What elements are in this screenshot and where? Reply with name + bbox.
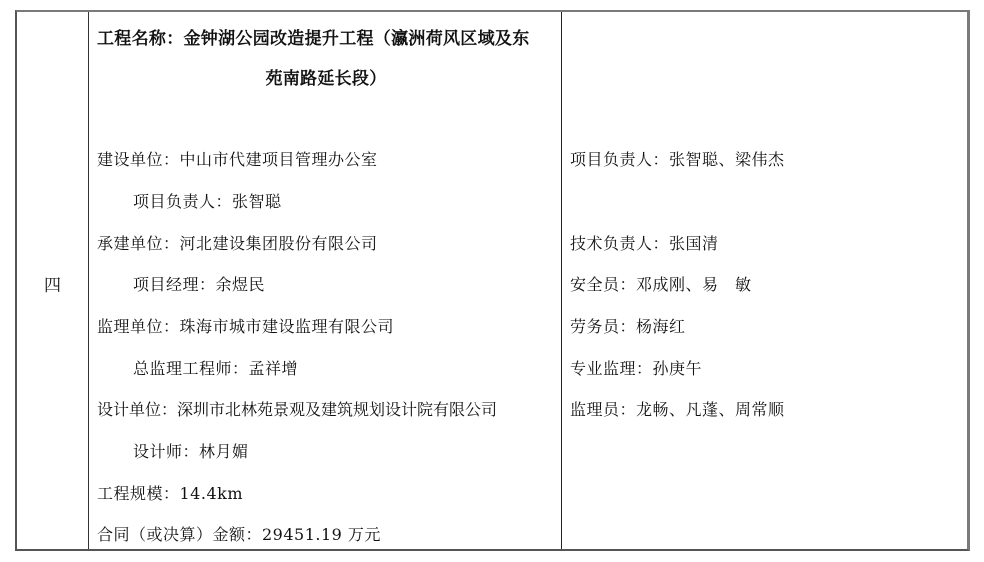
builder-lead: 项目负责人：张智聪 — [133, 189, 282, 212]
labor-officer: 劳务员：杨海红 — [570, 314, 686, 337]
supervisors: 监理员：龙畅、凡蓬、周常顺 — [570, 397, 785, 420]
project-leads: 项目负责人：张智聪、梁伟杰 — [570, 147, 785, 170]
builder-unit: 建设单位：中山市代建项目管理办公室 — [97, 147, 378, 170]
project-title-line-1: 工程名称：金钟湖公园改造提升工程（瀛洲荷风区域及东 — [97, 24, 555, 49]
project-scale: 工程规模：14.4km — [97, 481, 243, 504]
row-index: 四 — [17, 271, 88, 296]
safety-officers: 安全员：邓成刚、易 敏 — [570, 272, 752, 295]
designer: 设计师：林月媚 — [133, 439, 249, 462]
supervision-unit: 监理单位：珠海市城市建设监理有限公司 — [97, 314, 394, 337]
design-unit: 设计单位：深圳市北林苑景观及建筑规划设计院有限公司 — [97, 397, 497, 420]
index-cell: 四 — [17, 12, 89, 549]
project-info-table: 四 工程名称：金钟湖公园改造提升工程（瀛洲荷风区域及东 苑南路延长段） 建设单位… — [15, 10, 970, 551]
main-info-cell: 工程名称：金钟湖公园改造提升工程（瀛洲荷风区域及东 苑南路延长段） 建设单位：中… — [89, 12, 562, 549]
tech-lead: 技术负责人：张国清 — [570, 231, 719, 254]
specialist-supervisor: 专业监理：孙庚午 — [570, 356, 702, 379]
personnel-cell: 项目负责人：张智聪、梁伟杰 技术负责人：张国清 安全员：邓成刚、易 敏 劳务员：… — [562, 12, 967, 549]
contract-amount: 合同（或决算）金额：29451.19 万元 — [97, 522, 381, 545]
contractor-unit: 承建单位：河北建设集团股份有限公司 — [97, 231, 378, 254]
chief-supervisor: 总监理工程师：孟祥增 — [133, 356, 298, 379]
project-title-line-2: 苑南路延长段） — [97, 64, 555, 89]
contractor-manager: 项目经理：余煜民 — [133, 272, 265, 295]
